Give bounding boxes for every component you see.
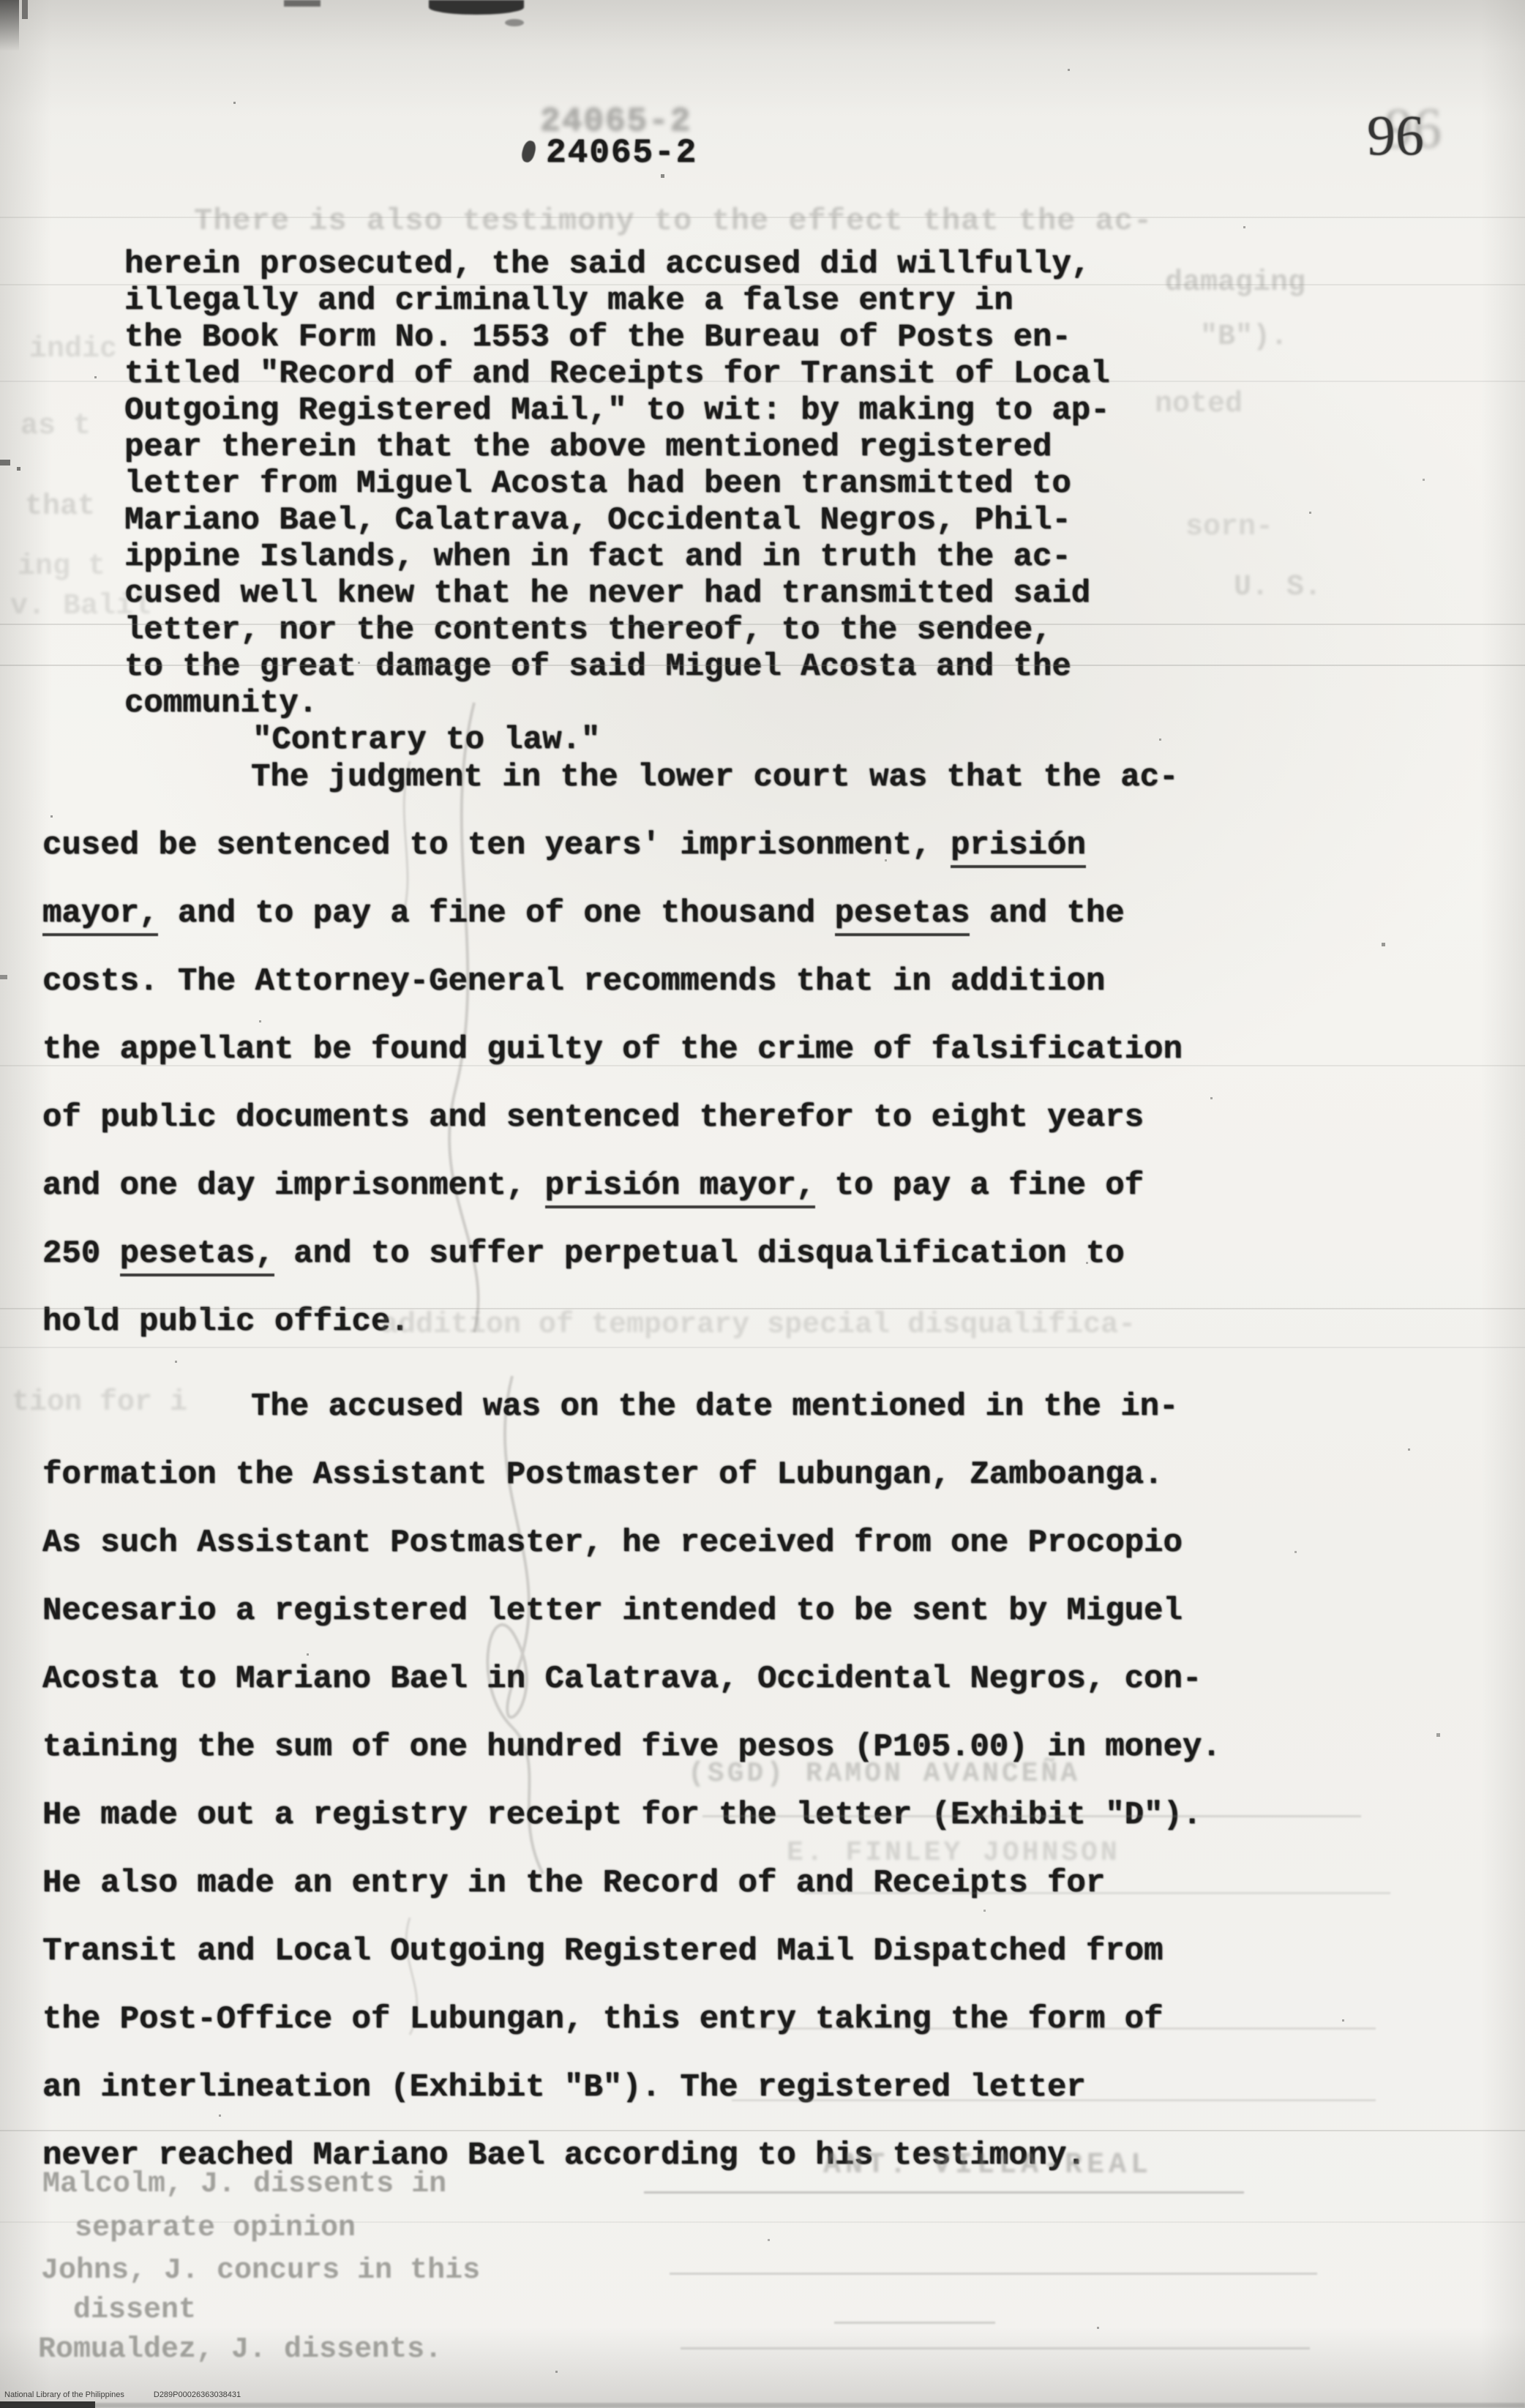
ghost-bleed-line: There is also testimony to the effect th…: [194, 203, 1153, 239]
ghost-rule: [670, 2273, 1317, 2275]
ghost-rule: [732, 2027, 1376, 2030]
ink-smudge: [505, 19, 524, 26]
quote-line: pear therein that the above mentioned re…: [124, 429, 1110, 465]
information-quote-block: herein prosecuted, the said accused did …: [124, 246, 1110, 758]
quote-line: to the great damage of said Miguel Acost…: [124, 648, 1110, 685]
ghost-fragment: as t: [20, 410, 91, 443]
library-name: National Library of the Philippines: [4, 2390, 124, 2399]
ghost-fragment: U. S.: [1234, 571, 1322, 604]
body-line: an interlineation (Exhibit "B"). The reg…: [42, 2054, 1221, 2122]
page-number: 96: [1367, 102, 1424, 168]
body-line: mayor, and to pay a fine of one thousand…: [42, 880, 1183, 948]
ink-smudge: [429, 0, 524, 15]
ghost-rule: [834, 2322, 995, 2324]
body-line: The judgment in the lower court was that…: [42, 744, 1183, 812]
docket-number: 24065-2: [546, 134, 697, 172]
scan-line: [0, 624, 1525, 625]
quote-line: ippine Islands, when in fact and in trut…: [124, 539, 1110, 575]
ghost-fragment: ing t: [18, 550, 105, 583]
scan-line: [0, 284, 1525, 285]
margin-note-johns: Johns, J. concurs in this: [41, 2254, 480, 2287]
scan-specks: [0, 0, 1, 1]
body-line: Necesario a registered letter intended t…: [42, 1577, 1221, 1645]
body-paragraph-judgment: The judgment in the lower court was that…: [42, 744, 1183, 1356]
quote-line: cused well knew that he never had transm…: [124, 575, 1110, 612]
body-line: costs. The Attorney-General recommends t…: [42, 948, 1183, 1016]
quote-line: Mariano Bael, Calatrava, Occidental Negr…: [124, 502, 1110, 539]
body-line: The accused was on the date mentioned in…: [42, 1373, 1221, 1441]
body-line: 250 pesetas, and to suffer perpetual dis…: [42, 1220, 1183, 1288]
edge-band: [0, 2403, 1525, 2408]
scan-line: [0, 2221, 1525, 2223]
ghost-rule: [732, 2099, 1376, 2101]
margin-note-separate-opinion: separate opinion: [75, 2212, 356, 2245]
scan-line: [0, 381, 1525, 382]
quote-line: titled "Record of and Receipts for Trans…: [124, 356, 1110, 392]
scan-line: [0, 665, 1525, 666]
body-line: As such Assistant Postmaster, he receive…: [42, 1509, 1221, 1577]
body-line: the Post-Office of Lubungan, this entry …: [42, 1986, 1221, 2054]
ghost-fragment: damaging: [1165, 266, 1305, 299]
body-line: formation the Assistant Postmaster of Lu…: [42, 1441, 1221, 1509]
quote-line: the Book Form No. 1553 of the Bureau of …: [124, 319, 1110, 356]
scan-code: D289P00026363038431: [154, 2390, 241, 2399]
body-line: and one day imprisonment, prisión mayor,…: [42, 1152, 1183, 1220]
ghost-fragment: v. Balil: [10, 590, 151, 623]
quote-line: herein prosecuted, the said accused did …: [124, 246, 1110, 283]
quote-line: illegally and criminally make a false en…: [124, 283, 1110, 319]
ghost-fragment: that: [25, 490, 95, 523]
quote-line: letter from Miguel Acosta had been trans…: [124, 465, 1110, 502]
ghost-fragment: addition of temporary special disqualifi…: [381, 1309, 1136, 1342]
ghost-signature-villareal: ANT. VILLA-REAL: [823, 2149, 1153, 2182]
edge-mark: [22, 0, 28, 19]
margin-note-dissent: dissent: [73, 2294, 196, 2327]
footer-microtext: National Library of the PhilippinesD289P…: [4, 2390, 270, 2399]
quote-line: community.: [124, 685, 1110, 722]
scan-line: [0, 1308, 1525, 1309]
scan-line: [0, 217, 1525, 218]
edge-mark: [0, 0, 19, 51]
body-line: Transit and Local Outgoing Registered Ma…: [42, 1918, 1221, 1986]
quote-line: Outgoing Registered Mail," to wit: by ma…: [124, 392, 1110, 429]
body-line: of public documents and sentenced theref…: [42, 1084, 1183, 1152]
quote-line: letter, nor the contents thereof, to the…: [124, 612, 1110, 648]
ghost-rule: [702, 1815, 1361, 1817]
ghost-fragment: "B").: [1200, 321, 1288, 354]
scan-line: [0, 2130, 1525, 2131]
edge-mark: [0, 975, 7, 979]
scan-line: [0, 1347, 1525, 1348]
ghost-rule: [805, 1892, 1390, 1894]
ghost-fragment: tion for i: [12, 1386, 187, 1419]
ghost-signature-johnson: E. FINLEY JOHNSON: [787, 1837, 1120, 1869]
margin-note-romualdez: Romualdez, J. dissents.: [38, 2333, 442, 2366]
ghost-fragment: noted: [1155, 388, 1243, 421]
ghost-fragment: sorn-: [1185, 511, 1273, 544]
margin-note-malcolm: Malcolm, J. dissents in: [42, 2168, 446, 2201]
ghost-fragment: indic: [29, 333, 117, 366]
ink-smudge: [284, 0, 321, 7]
scan-line: [0, 1065, 1525, 1066]
ghost-rule: [681, 2347, 1310, 2349]
body-line: the appellant be found guilty of the cri…: [42, 1016, 1183, 1084]
scanned-court-document-page: 24065-2 24065-2 96 There is also testimo…: [0, 0, 1525, 2408]
body-line: Acosta to Mariano Bael in Calatrava, Occ…: [42, 1645, 1221, 1713]
ghost-signature-avancena: (SGD) RAMON AVANCEÑA: [688, 1758, 1080, 1790]
body-line: cused be sentenced to ten years' impriso…: [42, 812, 1183, 880]
ghost-rule: [644, 2191, 1244, 2194]
edge-mark: [0, 460, 10, 465]
